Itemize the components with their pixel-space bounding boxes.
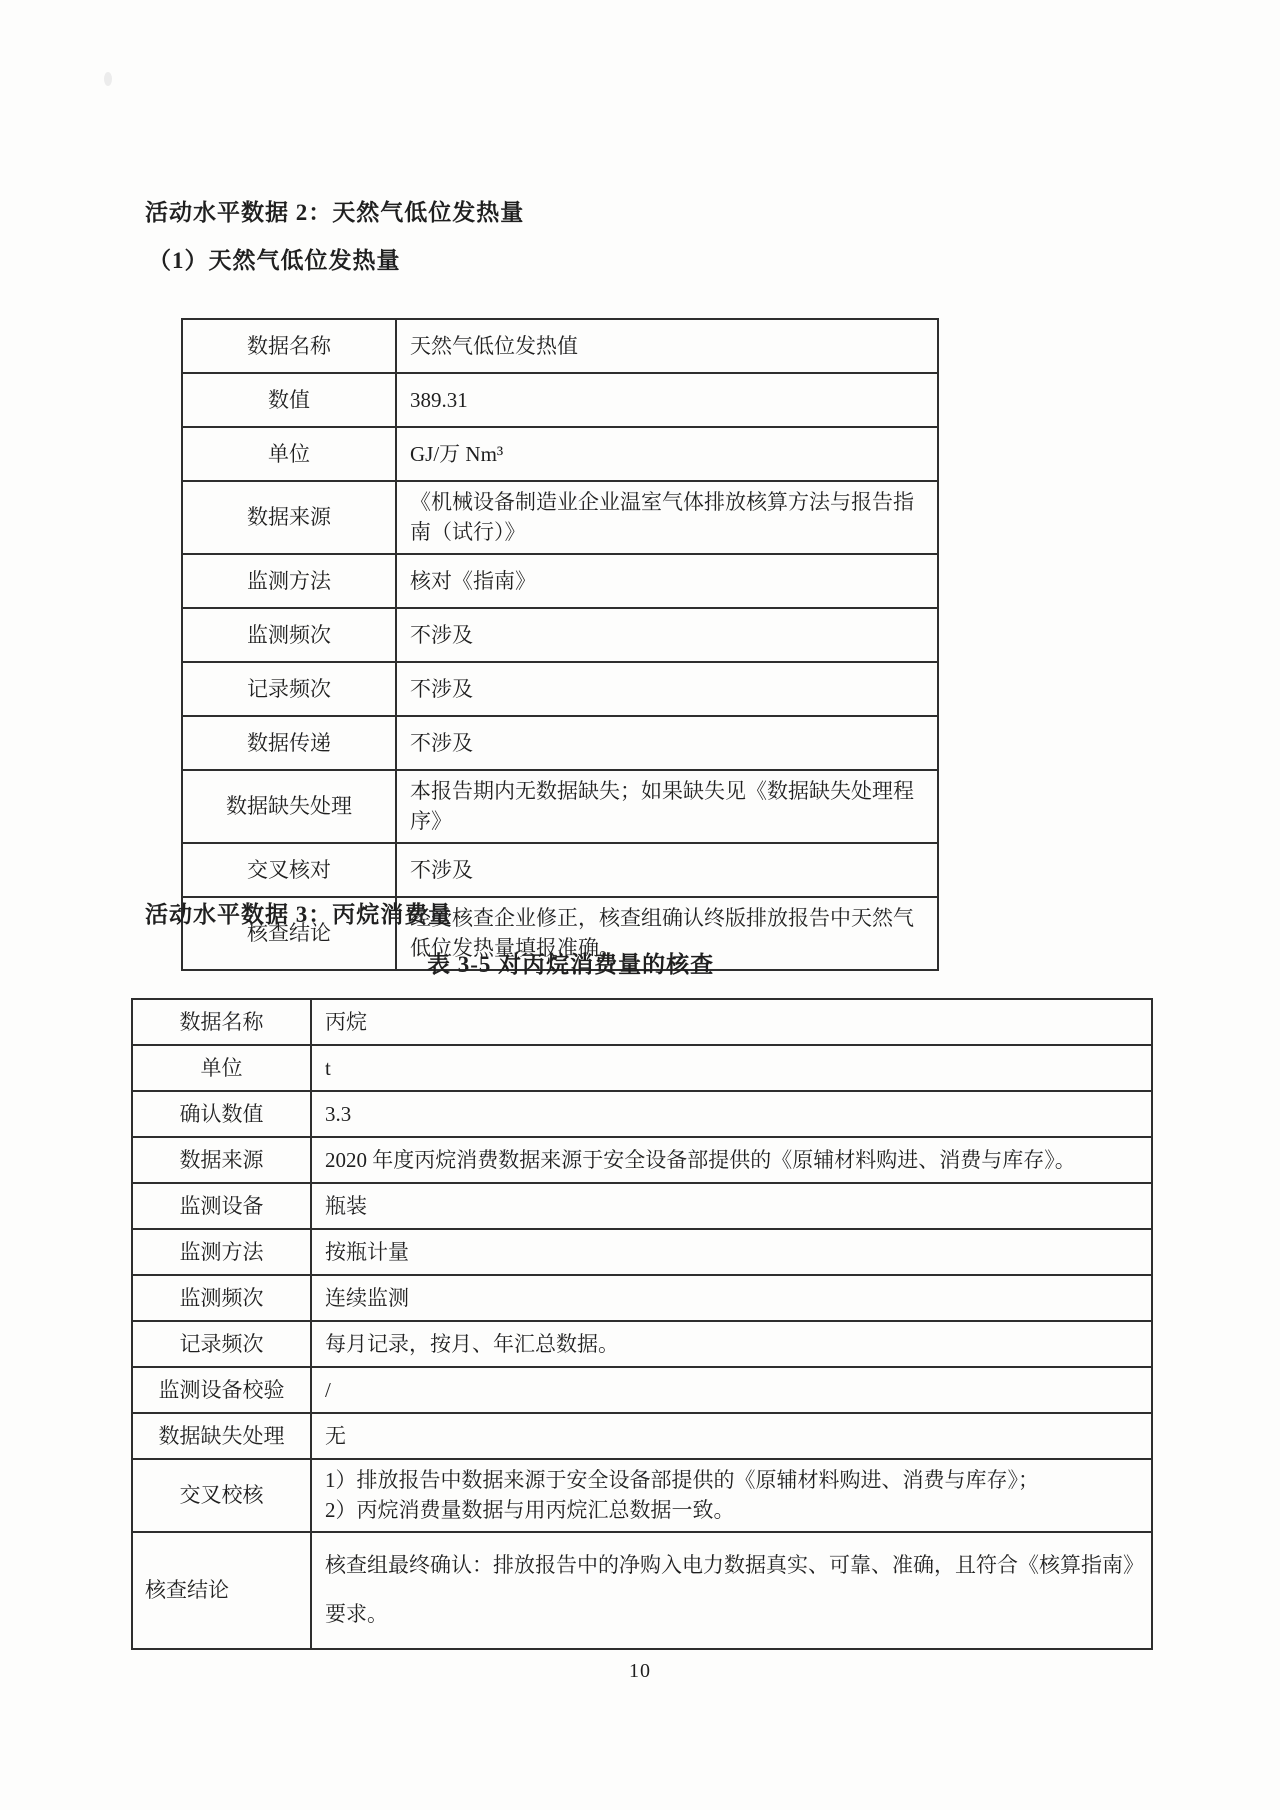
row-value: 核查组最终确认：排放报告中的净购入电力数据真实、可靠、准确，且符合《核算指南》要… (311, 1532, 1152, 1649)
row-value: 不涉及 (396, 662, 938, 716)
row-value: 《机械设备制造业企业温室气体排放核算方法与报告指南（试行）》 (396, 481, 938, 554)
row-value: 天然气低位发热值 (396, 319, 938, 373)
table-row: 监测方法核对《指南》 (182, 554, 938, 608)
section-heading-activity-level-2: 活动水平数据 2：天然气低位发热量 (145, 194, 524, 227)
table-row: 单位GJ/万 Nm³ (182, 427, 938, 481)
row-value: 389.31 (396, 373, 938, 427)
table-row: 数据缺失处理无 (132, 1413, 1152, 1459)
row-value: 2020 年度丙烷消费数据来源于安全设备部提供的《原辅材料购进、消费与库存》。 (311, 1137, 1152, 1183)
row-value: GJ/万 Nm³ (396, 427, 938, 481)
row-value: 不涉及 (396, 608, 938, 662)
table-row: 数据来源2020 年度丙烷消费数据来源于安全设备部提供的《原辅材料购进、消费与库… (132, 1137, 1152, 1183)
row-label: 交叉核对 (182, 843, 396, 897)
scan-artifact (104, 72, 112, 86)
row-value: / (311, 1367, 1152, 1413)
row-label: 数据缺失处理 (182, 770, 396, 843)
table-row: 监测频次连续监测 (132, 1275, 1152, 1321)
row-label: 数值 (182, 373, 396, 427)
row-label: 数据传递 (182, 716, 396, 770)
row-label: 监测设备 (132, 1183, 311, 1229)
row-value: 不涉及 (396, 716, 938, 770)
row-value: 瓶装 (311, 1183, 1152, 1229)
table-row: 记录频次每月记录，按月、年汇总数据。 (132, 1321, 1152, 1367)
table-row: 数据名称丙烷 (132, 999, 1152, 1045)
table-row: 监测设备瓶装 (132, 1183, 1152, 1229)
row-label: 数据缺失处理 (132, 1413, 311, 1459)
scanned-document-page: { "sections": { "activity2_heading": "活动… (0, 0, 1280, 1810)
table-row: 确认数值3.3 (132, 1091, 1152, 1137)
row-label: 核查结论 (132, 1532, 311, 1649)
row-value: 3.3 (311, 1091, 1152, 1137)
propane-table-title: 表 3-5 对丙烷消费量的核查 (427, 946, 714, 979)
table-row: 交叉校核1）排放报告中数据来源于安全设备部提供的《原辅材料购进、消费与库存》； … (132, 1459, 1152, 1532)
row-label: 交叉校核 (132, 1459, 311, 1532)
row-label: 单位 (182, 427, 396, 481)
row-label: 监测方法 (182, 554, 396, 608)
row-value: 丙烷 (311, 999, 1152, 1045)
row-value: 按瓶计量 (311, 1229, 1152, 1275)
table-row: 数据来源《机械设备制造业企业温室气体排放核算方法与报告指南（试行）》 (182, 481, 938, 554)
table-row: 记录频次不涉及 (182, 662, 938, 716)
row-label: 数据名称 (182, 319, 396, 373)
natural-gas-heat-value-table: 数据名称天然气低位发热值数值389.31单位GJ/万 Nm³数据来源《机械设备制… (181, 318, 939, 971)
row-label: 记录频次 (132, 1321, 311, 1367)
table-row: 监测频次不涉及 (182, 608, 938, 662)
row-label: 数据来源 (182, 481, 396, 554)
table-row: 监测方法按瓶计量 (132, 1229, 1152, 1275)
table-row: 单位t (132, 1045, 1152, 1091)
table-row: 数据缺失处理本报告期内无数据缺失；如果缺失见《数据缺失处理程序》 (182, 770, 938, 843)
row-label: 监测设备校验 (132, 1367, 311, 1413)
row-label: 监测方法 (132, 1229, 311, 1275)
row-value: 核对《指南》 (396, 554, 938, 608)
row-label: 确认数值 (132, 1091, 311, 1137)
row-value: 每月记录，按月、年汇总数据。 (311, 1321, 1152, 1367)
page-number: 10 (0, 1660, 1280, 1683)
row-value: 连续监测 (311, 1275, 1152, 1321)
row-value: 无 (311, 1413, 1152, 1459)
table-row: 数据传递不涉及 (182, 716, 938, 770)
table-row: 监测设备校验/ (132, 1367, 1152, 1413)
row-label: 监测频次 (132, 1275, 311, 1321)
row-label: 记录频次 (182, 662, 396, 716)
row-label: 数据名称 (132, 999, 311, 1045)
row-value: 1）排放报告中数据来源于安全设备部提供的《原辅材料购进、消费与库存》； 2）丙烷… (311, 1459, 1152, 1532)
section-heading-activity-level-3: 活动水平数据 3：丙烷消费量 (145, 896, 452, 929)
table-row: 核查结论核查组最终确认：排放报告中的净购入电力数据真实、可靠、准确，且符合《核算… (132, 1532, 1152, 1649)
row-label: 数据来源 (132, 1137, 311, 1183)
row-value: t (311, 1045, 1152, 1091)
table-row: 交叉核对不涉及 (182, 843, 938, 897)
subsection-heading-natural-gas-heat-value: （1）天然气低位发热量 (148, 242, 401, 275)
propane-consumption-table: 数据名称丙烷单位t确认数值3.3数据来源2020 年度丙烷消费数据来源于安全设备… (131, 998, 1153, 1650)
table-row: 数据名称天然气低位发热值 (182, 319, 938, 373)
row-value: 本报告期内无数据缺失；如果缺失见《数据缺失处理程序》 (396, 770, 938, 843)
row-label: 单位 (132, 1045, 311, 1091)
row-value: 不涉及 (396, 843, 938, 897)
row-label: 监测频次 (182, 608, 396, 662)
table-row: 数值389.31 (182, 373, 938, 427)
